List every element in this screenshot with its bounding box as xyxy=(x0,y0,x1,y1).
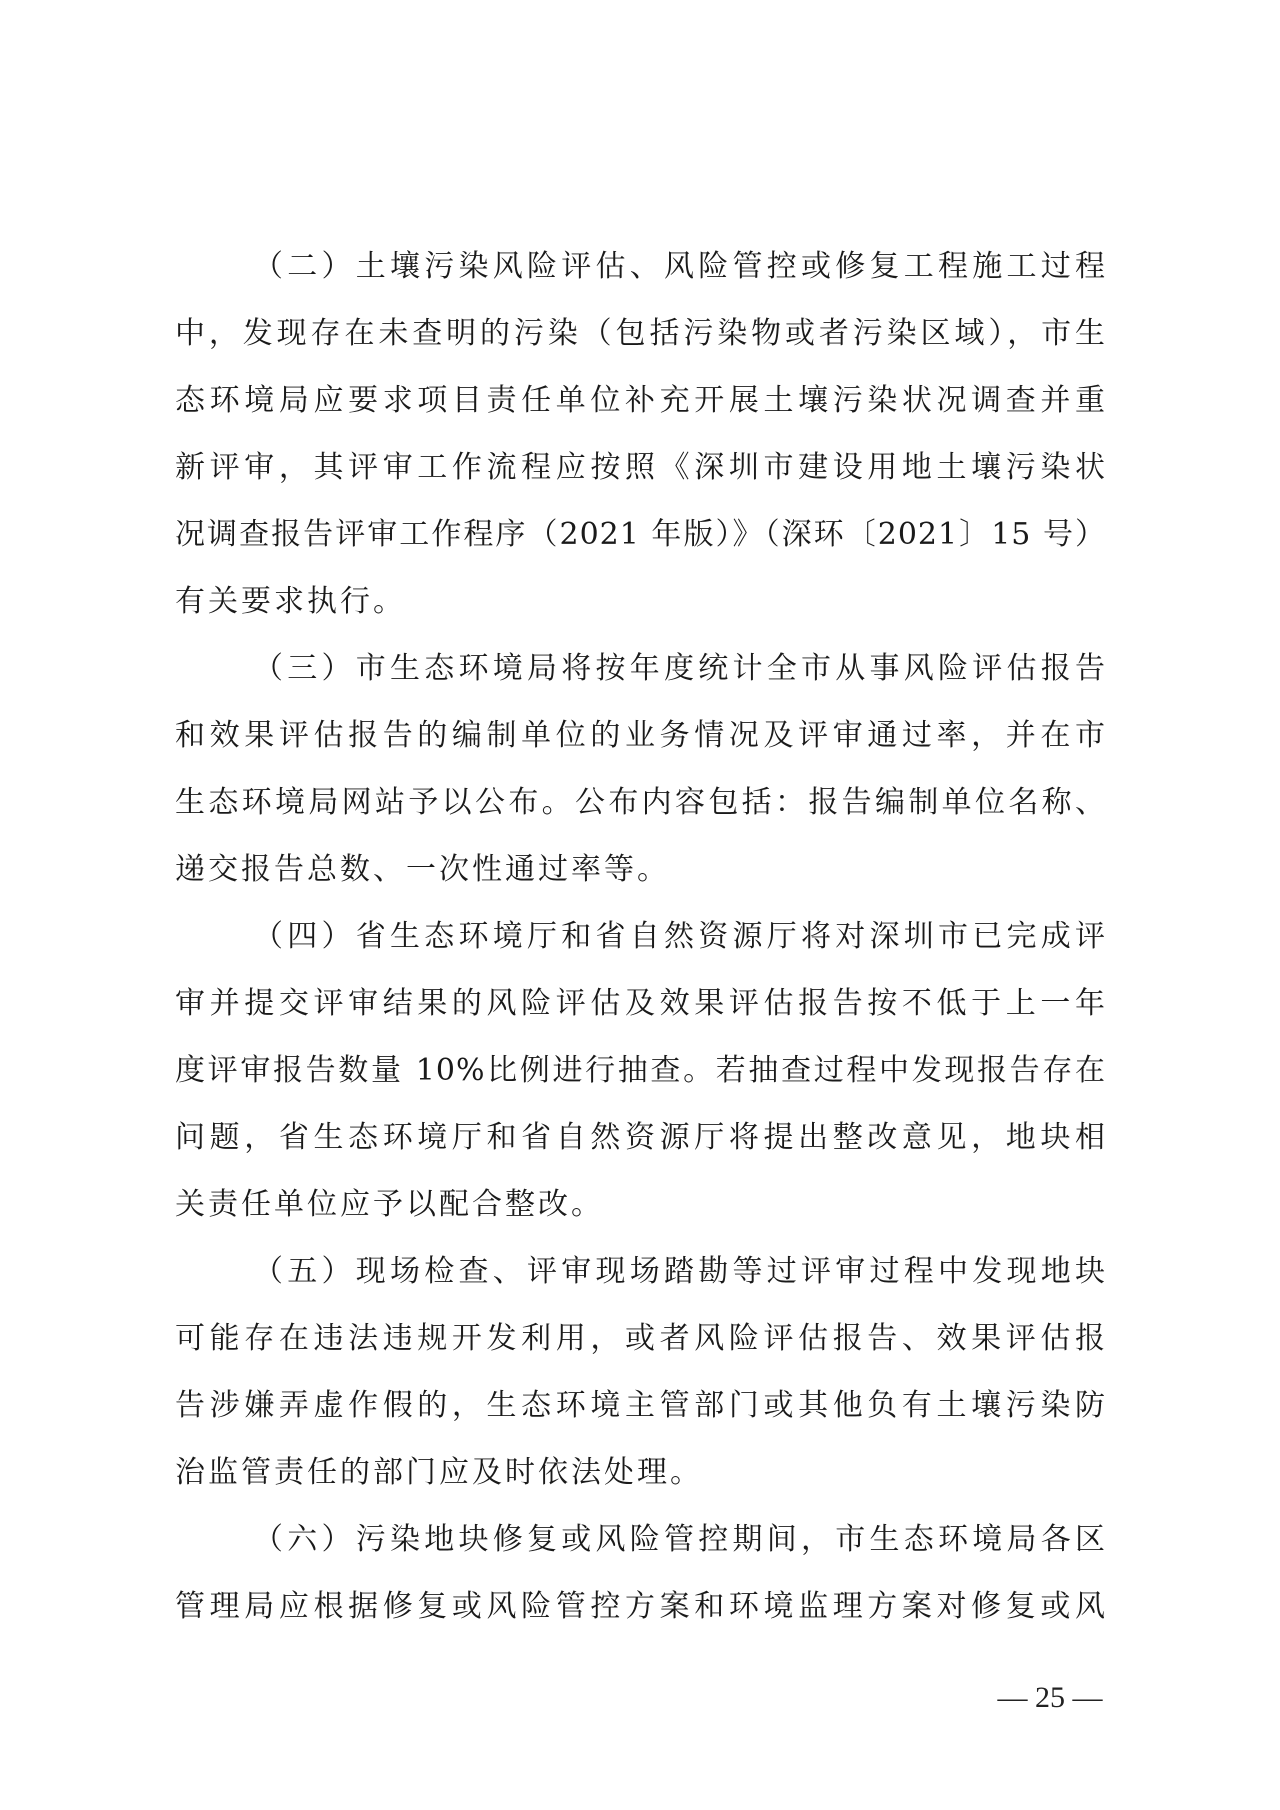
paragraph-4-line-2: 审并提交评审结果的风险评估及效果评估报告按不低于上一年 xyxy=(175,984,1106,1024)
paragraph-4-line-4: 问题，省生态环境厅和省自然资源厅将提出整改意见，地块相 xyxy=(175,1118,1106,1158)
page-number: — 25 — xyxy=(985,1678,1115,1718)
paragraph-6-line-1: （六）污染地块修复或风险管控期间，市生态环境局各区 xyxy=(253,1520,1106,1560)
paragraph-5-line-3: 告涉嫌弄虚作假的，生态环境主管部门或其他负有土壤污染防 xyxy=(175,1386,1106,1426)
paragraph-3-line-4: 递交报告总数、一次性通过率等。 xyxy=(175,850,1106,890)
paragraph-4-line-3: 度评审报告数量 10%比例进行抽查。若抽查过程中发现报告存在 xyxy=(175,1051,1106,1091)
paragraph-5-line-4: 治监管责任的部门应及时依法处理。 xyxy=(175,1453,1106,1493)
paragraph-2-line-1: （二）土壤污染风险评估、风险管控或修复工程施工过程 xyxy=(253,247,1106,287)
paragraph-3-line-3: 生态环境局网站予以公布。公布内容包括：报告编制单位名称、 xyxy=(175,783,1106,823)
paragraph-2-line-5: 况调查报告评审工作程序（2021 年版）》（深环〔2021〕15 号） xyxy=(175,515,1106,555)
paragraph-6-line-2: 管理局应根据修复或风险管控方案和环境监理方案对修复或风 xyxy=(175,1587,1106,1627)
paragraph-2-line-3: 态环境局应要求项目责任单位补充开展土壤污染状况调查并重 xyxy=(175,381,1106,421)
paragraph-5-line-2: 可能存在违法违规开发利用，或者风险评估报告、效果评估报 xyxy=(175,1319,1106,1359)
paragraph-2-line-6: 有关要求执行。 xyxy=(175,582,1106,622)
paragraph-5-line-1: （五）现场检查、评审现场踏勘等过评审过程中发现地块 xyxy=(253,1252,1106,1292)
paragraph-2-line-4: 新评审，其评审工作流程应按照《深圳市建设用地土壤污染状 xyxy=(175,448,1106,488)
paragraph-3-line-2: 和效果评估报告的编制单位的业务情况及评审通过率，并在市 xyxy=(175,716,1106,756)
paragraph-4-line-5: 关责任单位应予以配合整改。 xyxy=(175,1185,1106,1225)
paragraph-4-line-1: （四）省生态环境厅和省自然资源厅将对深圳市已完成评 xyxy=(253,917,1106,957)
paragraph-2-line-2: 中，发现存在未查明的污染（包括污染物或者污染区域），市生 xyxy=(175,314,1106,354)
document-page: （二）土壤污染风险评估、风险管控或修复工程施工过程 中，发现存在未查明的污染（包… xyxy=(0,0,1280,1810)
paragraph-3-line-1: （三）市生态环境局将按年度统计全市从事风险评估报告 xyxy=(253,649,1106,689)
